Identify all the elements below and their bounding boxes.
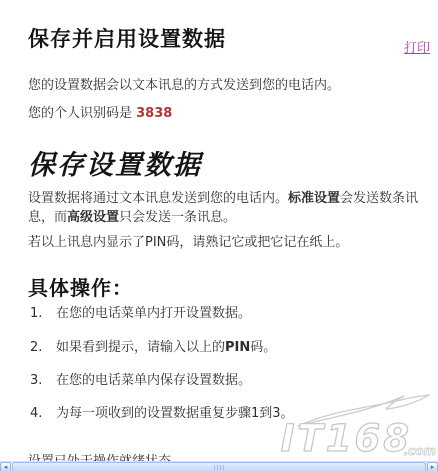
step-item-4: 4. 为每一项收到的设置数据重复步骤1到3。 bbox=[30, 405, 430, 423]
settings-help-page: 保存并启用设置数据 打印 您的设置数据会以文本讯息的方式发送到您的电话内。 您的… bbox=[0, 0, 438, 471]
step-number: 1. bbox=[30, 305, 56, 323]
scrollbar-thumb[interactable] bbox=[12, 462, 426, 471]
horizontal-scrollbar[interactable]: ◂ ▸ bbox=[0, 461, 438, 471]
scrollbar-track[interactable] bbox=[11, 462, 427, 471]
step-text: 为每一项收到的设置数据重复步骤1到3。 bbox=[56, 405, 430, 423]
step-item-3: 3. 在您的电话菜单内保存设置数据。 bbox=[30, 372, 430, 390]
pin-code-line: 您的个人识别码是 3838 bbox=[28, 104, 430, 123]
pin-note: 若以上讯息内显示了PIN码，请熟记它或把它记在纸上。 bbox=[28, 233, 430, 252]
page-title: 保存并启用设置数据 bbox=[28, 23, 226, 53]
step-number: 4. bbox=[30, 405, 56, 423]
step-number: 2. bbox=[30, 339, 56, 357]
step-item-2: 2. 如果看到提示，请输入以上的PIN码。 bbox=[30, 339, 430, 357]
print-link[interactable]: 打印 bbox=[404, 37, 430, 56]
scrollbar-right-arrow-icon[interactable]: ▸ bbox=[427, 462, 438, 471]
step-item-1: 1. 在您的电话菜单内打开设置数据。 bbox=[30, 305, 430, 323]
step-number: 3. bbox=[30, 372, 56, 390]
scrollbar-left-arrow-icon[interactable]: ◂ bbox=[0, 462, 11, 471]
step-text: 在您的电话菜单内保存设置数据。 bbox=[56, 372, 430, 390]
save-settings-heading: 保存设置数据 bbox=[28, 143, 202, 182]
delivery-note: 您的设置数据会以文本讯息的方式发送到您的电话内。 bbox=[28, 76, 430, 95]
step-text: 在您的电话菜单内打开设置数据。 bbox=[56, 305, 430, 323]
step-text: 如果看到提示，请输入以上的PIN码。 bbox=[56, 339, 430, 357]
scrollbar-grip bbox=[214, 465, 224, 470]
settings-description: 设置数据将通过文本讯息发送到您的电话内。标准设置会发送数条讯息，而高级设置只会发… bbox=[28, 189, 430, 227]
steps-heading: 具体操作： bbox=[28, 272, 133, 301]
